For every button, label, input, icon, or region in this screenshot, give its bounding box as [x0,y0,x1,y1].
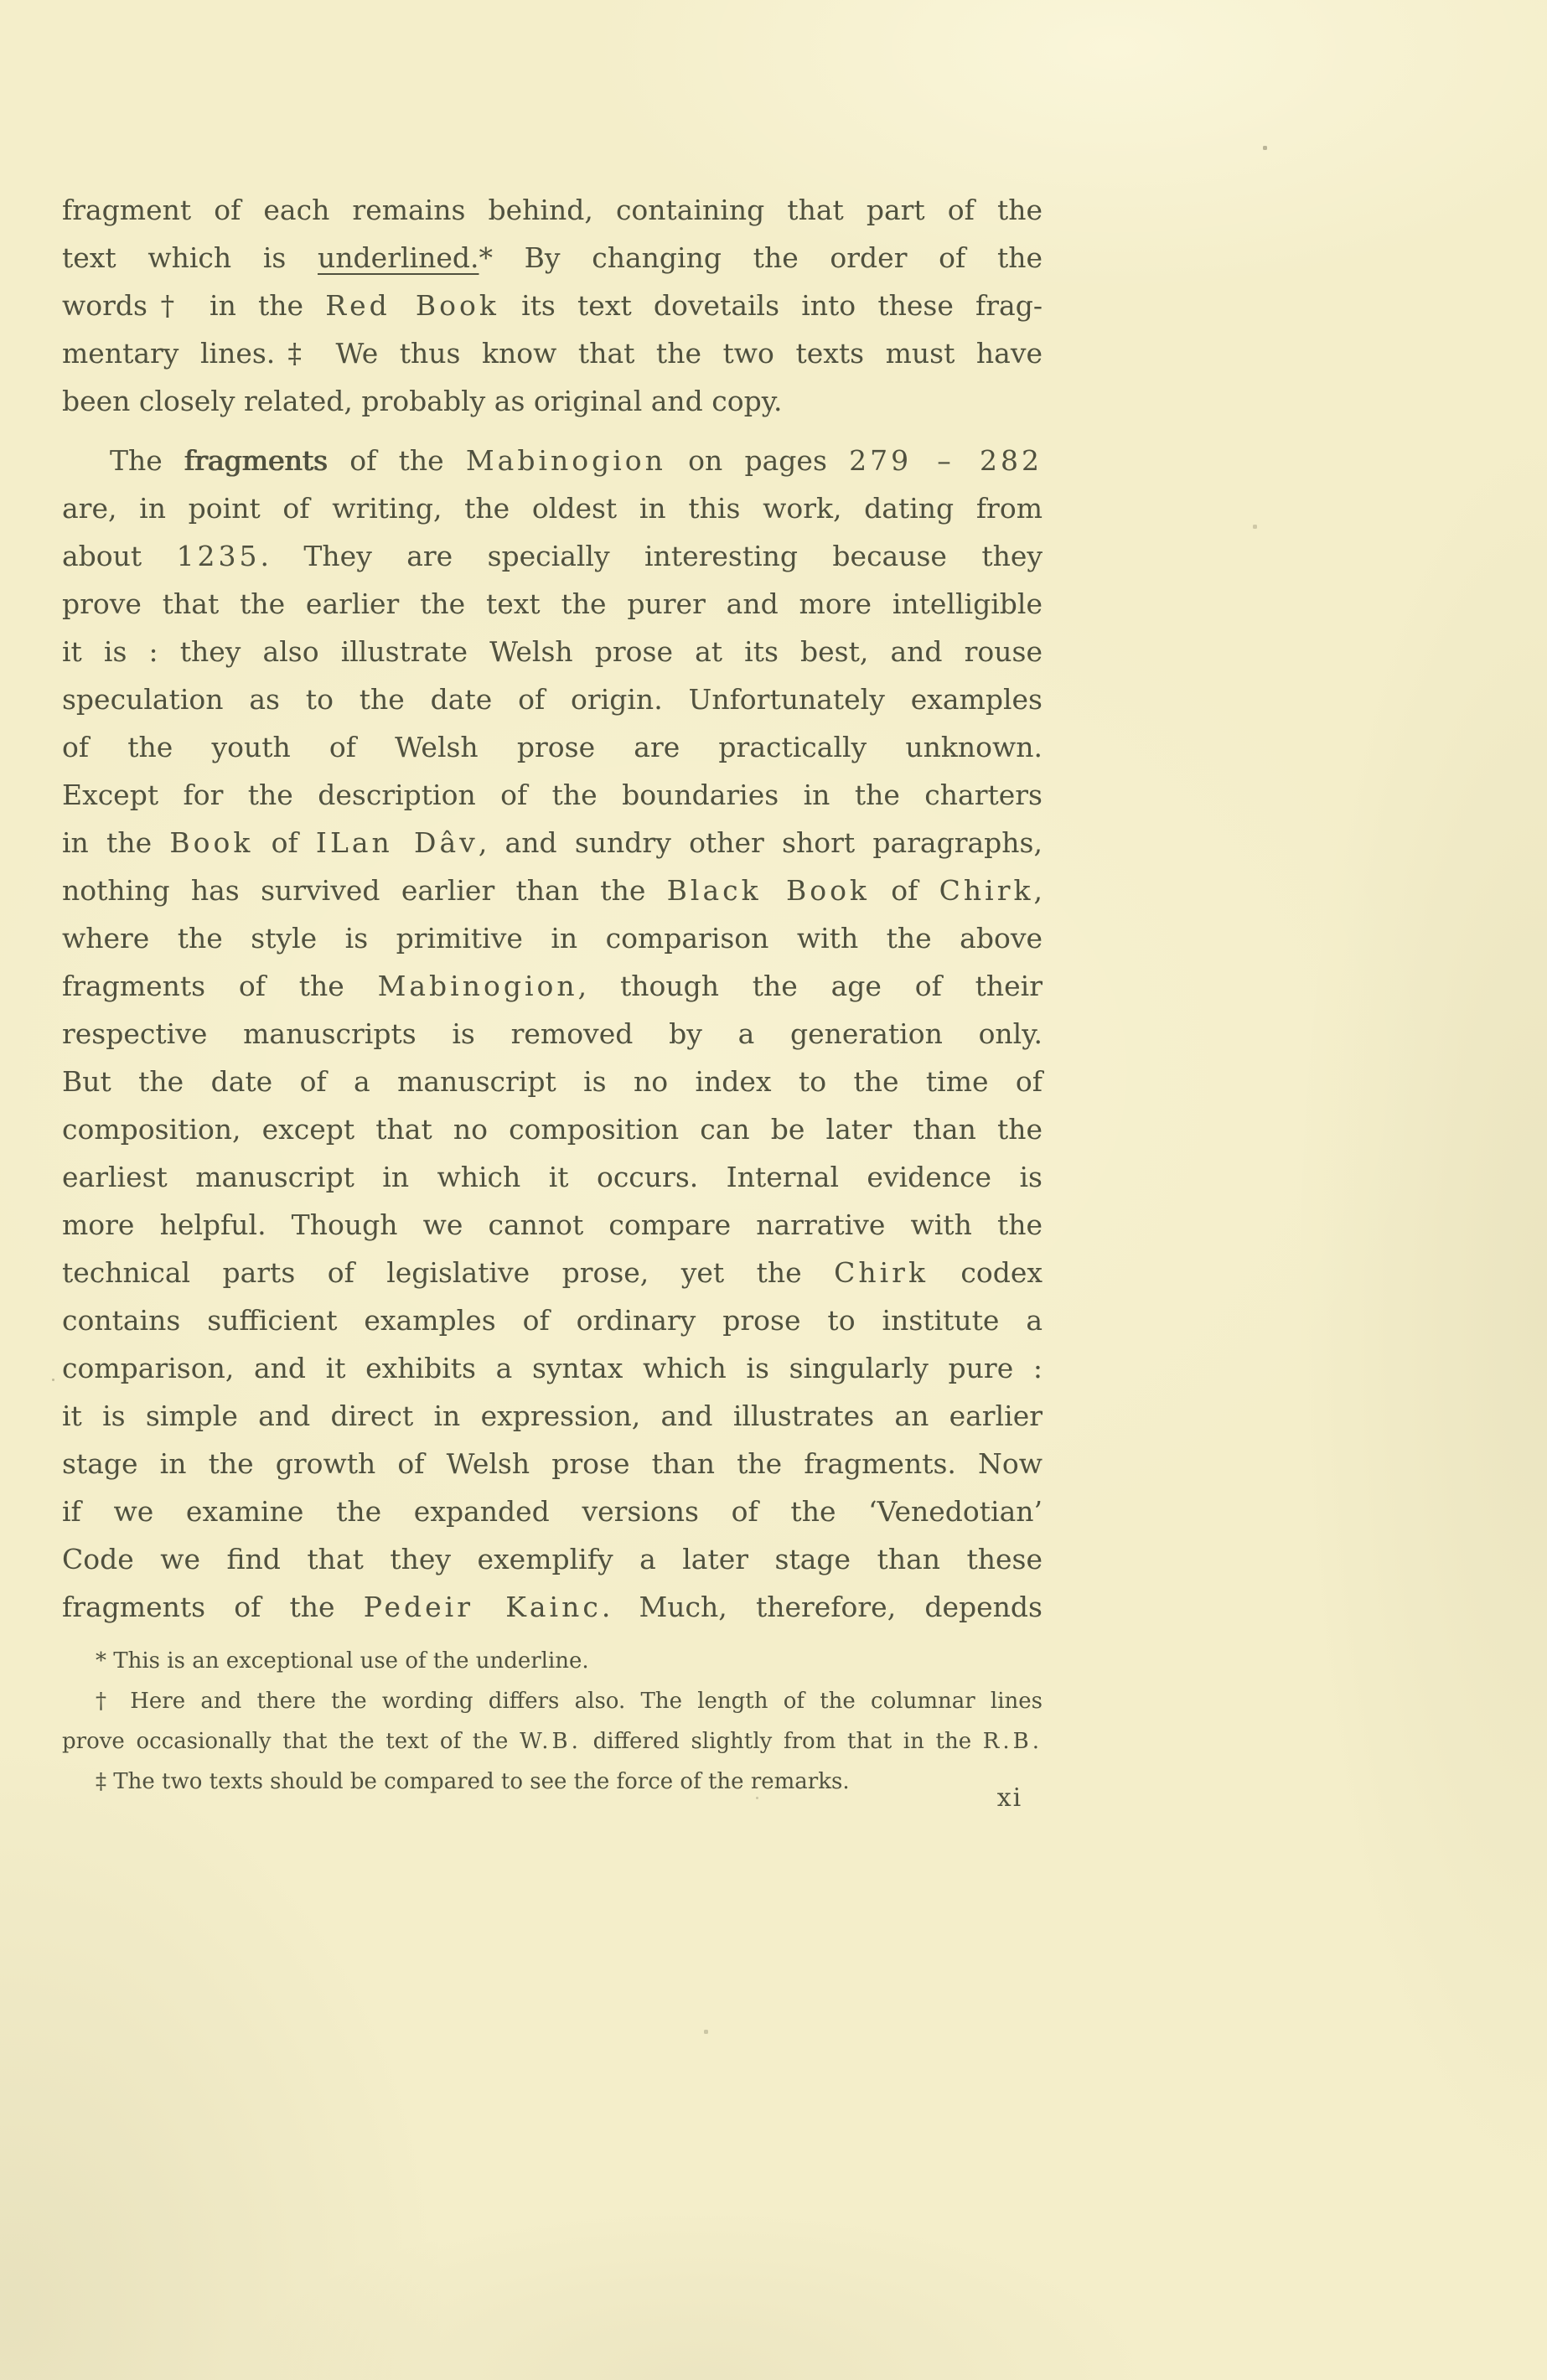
text-line: prove that the earlier the text the pure… [62,580,1043,628]
text-line: speculation as to the date of origin. Un… [62,675,1043,723]
text-line: nothing has survived earlier than the Bl… [62,867,1043,914]
letterspaced-name: Mabinogion [466,444,666,477]
letterspaced-name: 279 – 282 [849,444,1043,477]
text-line: in the Book of ILan Dâv, and sundry othe… [62,819,1043,867]
text-line: † Here and there the wording differs als… [62,1681,1043,1721]
underlined-text: underlined. [318,241,479,274]
letterspaced-name: ILan Dâv [316,826,479,859]
text-line: respective manuscripts is removed by a g… [62,1010,1043,1058]
body-text: fragment of each remains behind, contain… [62,186,1043,1631]
text-line: mentary lines.‡ We thus know that the tw… [62,329,1043,377]
text-line: technical parts of legislative prose, ye… [62,1249,1043,1296]
page-number: xi [955,1783,1064,1813]
text-line: The fragments of the Mabinogion on pages… [62,437,1043,484]
letterspaced-name: R.B. [983,1729,1043,1754]
text-line: it is : they also illustrate Welsh prose… [62,628,1043,675]
letterspaced-name: Chirk [939,874,1034,907]
text-line: fragment of each remains behind, contain… [62,186,1043,234]
emphasized-text: fragments [184,444,328,477]
text-line: comparison, and it exhibits a syntax whi… [62,1344,1043,1392]
text-line: about 1235. They are specially interesti… [62,532,1043,580]
text-line: if we examine the expanded versions of t… [62,1487,1043,1535]
letterspaced-name: 1235 [177,540,261,572]
text-line: been closely related, probably as origin… [62,377,1043,425]
text-line: more helpful. Though we cannot compare n… [62,1201,1043,1249]
text-line: words† in the Red Book its text dovetail… [62,282,1043,329]
text-line: composition, except that no composition … [62,1105,1043,1153]
text-line: Code we find that they exemplify a later… [62,1535,1043,1583]
letterspaced-name: Red Book [325,289,499,322]
text-line: stage in the growth of Welsh prose than … [62,1440,1043,1487]
text-line: where the style is primitive in comparis… [62,914,1043,962]
text-line: prove occasionally that the text of the … [62,1721,1043,1762]
text-line: fragments of the Pedeir Kainc. Much, the… [62,1583,1043,1631]
text-line: fragments of the Mabinogion, though the … [62,962,1043,1010]
paragraph: † Here and there the wording differs als… [62,1681,1043,1762]
paragraph: fragment of each remains behind, contain… [62,186,1043,425]
text-line: Except for the description of the bounda… [62,771,1043,819]
letterspaced-name: Pedeir Kainc [364,1591,602,1623]
letterspaced-name: Chirk [834,1256,929,1289]
text-line: it is simple and direct in expression, a… [62,1392,1043,1440]
text-line: are, in point of writing, the oldest in … [62,484,1043,532]
letterspaced-name: Black Book [667,874,870,907]
text-line: of the youth of Welsh prose are practica… [62,723,1043,771]
paragraph: The fragments of the Mabinogion on pages… [62,437,1043,1631]
text-line: * This is an exceptional use of the unde… [62,1641,1043,1681]
letterspaced-name: Mabinogion [378,970,578,1002]
paragraph: ‡ The two texts should be compared to se… [62,1762,1043,1802]
letterspaced-name: W.B. [520,1729,582,1754]
footnotes: * This is an exceptional use of the unde… [62,1641,1043,1802]
text-line: earliest manuscript in which it occurs. … [62,1153,1043,1201]
text-line: ‡ The two texts should be compared to se… [62,1762,1043,1802]
text-line: text which is underlined.* By changing t… [62,234,1043,282]
scan-speckles [0,0,1,1]
letterspaced-name: Book [169,826,253,859]
text-line: But the date of a manuscript is no index… [62,1058,1043,1105]
book-page: fragment of each remains behind, contain… [0,0,1547,2380]
text-line: contains sufficient examples of ordinary… [62,1296,1043,1344]
paragraph: * This is an exceptional use of the unde… [62,1641,1043,1681]
